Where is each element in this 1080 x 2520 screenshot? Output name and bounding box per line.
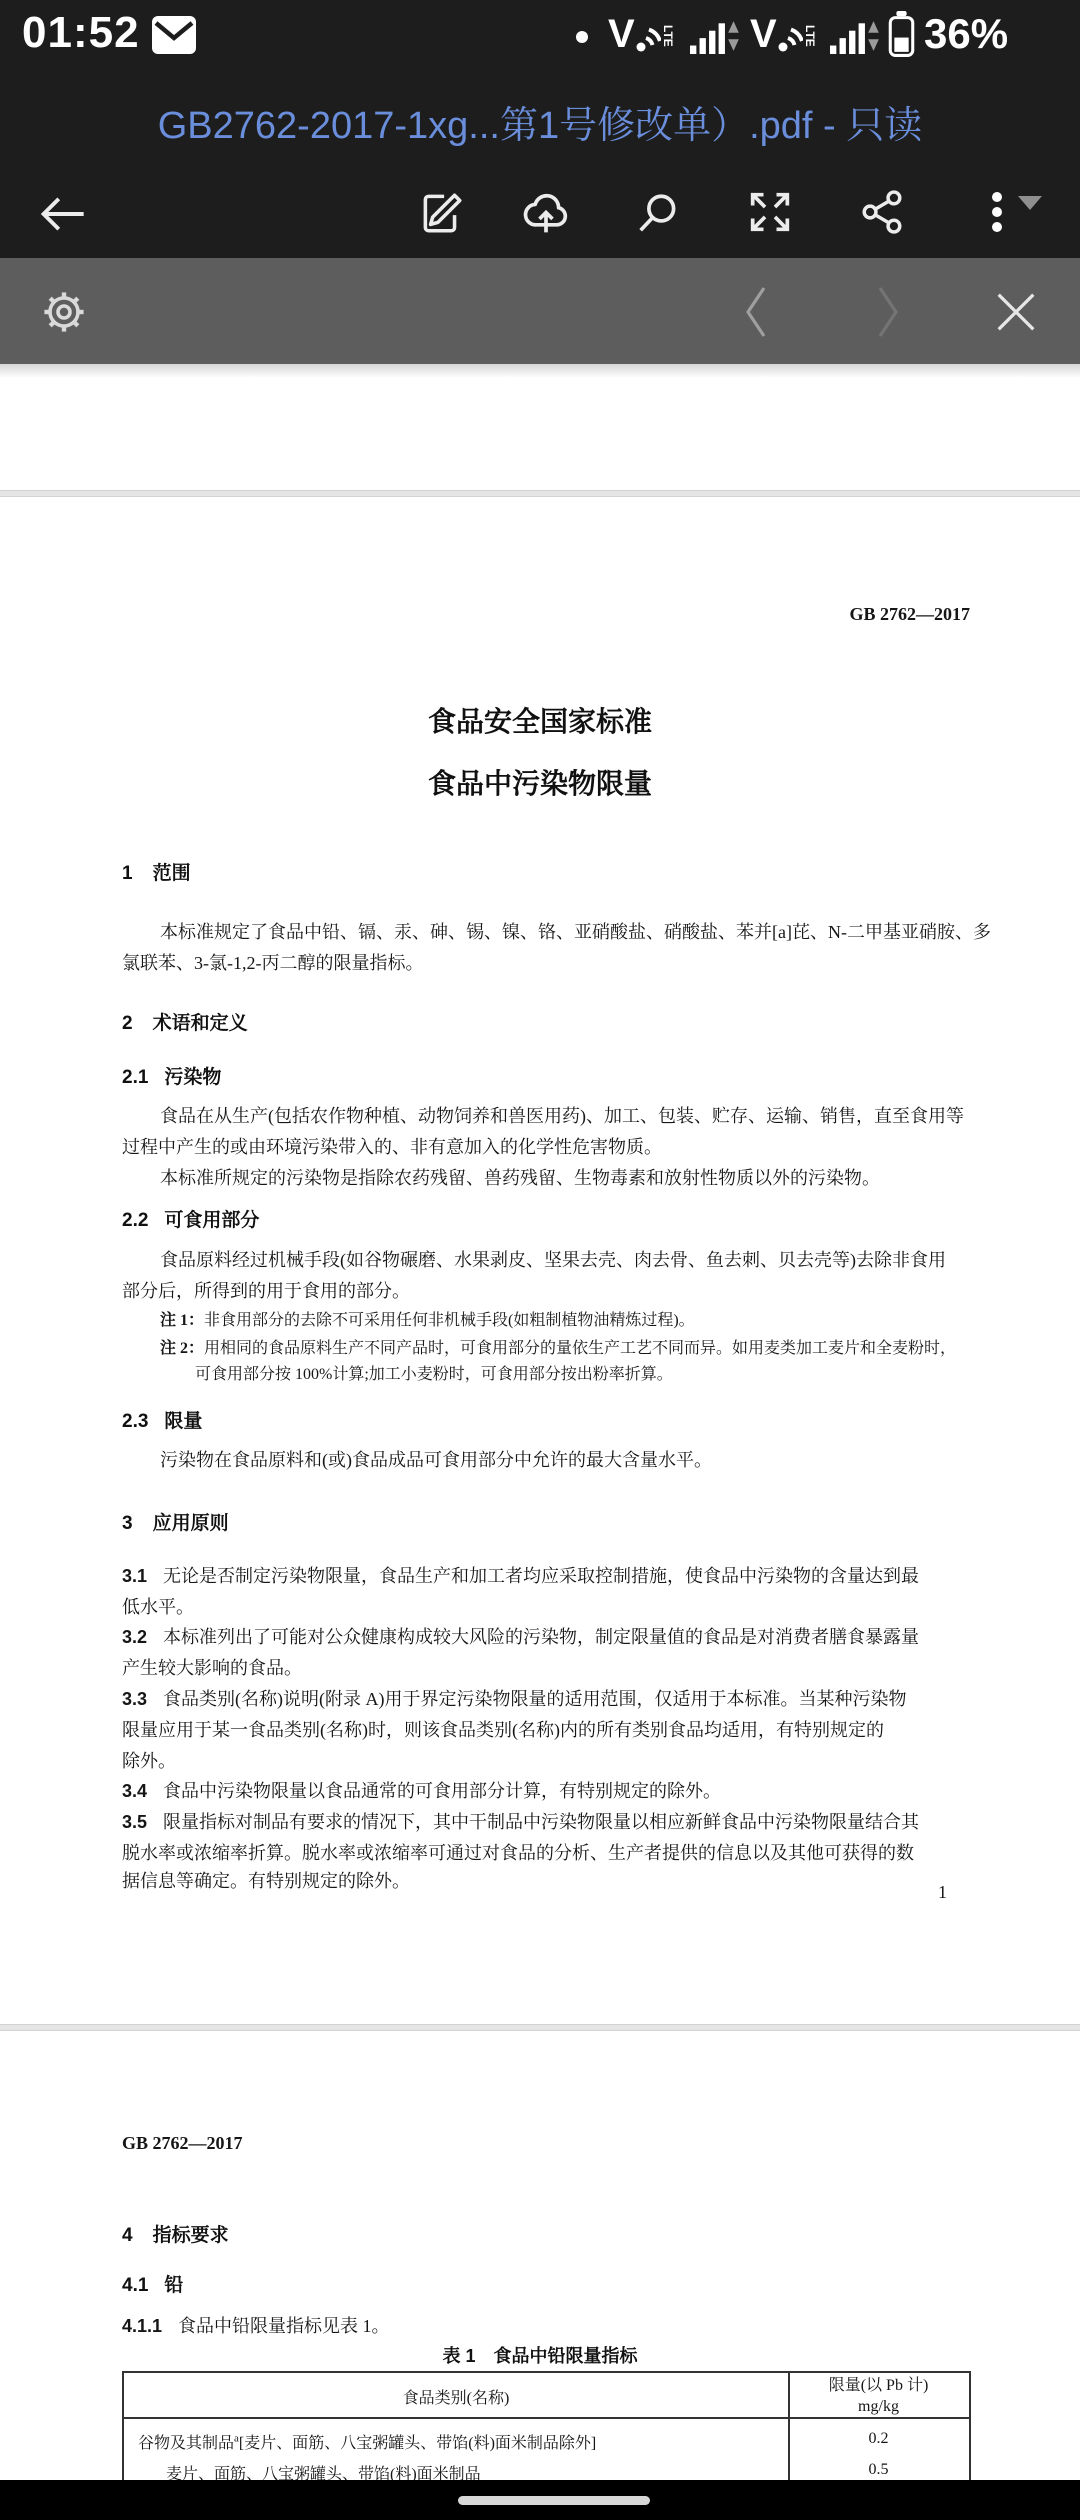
page-header-standard-number: GB 2762—2017 bbox=[122, 2133, 243, 2154]
doc-text-line: 氯联苯、3-氯-1,2-丙二醇的限量指标。 bbox=[122, 953, 423, 975]
doc-text-line: 除外。 bbox=[122, 1751, 176, 1773]
doc-text-line: 脱水率或浓缩率折算。脱水率或浓缩率可通过对食品的分析、生产者提供的信息以及其他可… bbox=[122, 1843, 914, 1865]
back-button[interactable] bbox=[36, 188, 88, 240]
section-heading: 3应用原则 bbox=[122, 1508, 229, 1535]
doc-text-line: 本标准所规定的污染物是指除农药残留、兽药残留、生物毒素和放射性物质以外的污染物。 bbox=[160, 1168, 880, 1190]
email-notification-icon bbox=[152, 16, 196, 54]
home-indicator[interactable] bbox=[458, 2496, 650, 2505]
close-find-bar-button[interactable] bbox=[990, 286, 1042, 338]
doc-text-line: 食品在从生产(包括农作物种植、动物饲养和兽医用药)、加工、包装、贮存、运输、销售… bbox=[160, 1106, 964, 1128]
phone-screen: 01:52 V LTE V bbox=[0, 0, 1080, 2520]
doc-text-line: 本标准规定了食品中铅、镉、汞、砷、锡、镍、铬、亚硝酸盐、硝酸盐、苯并[a]芘、N… bbox=[160, 922, 991, 944]
signal-bars-icon-sim1 bbox=[690, 18, 726, 54]
status-clock: 01:52 bbox=[22, 8, 140, 58]
battery-percent: 36% bbox=[924, 10, 1008, 58]
chevron-down-icon[interactable] bbox=[1018, 196, 1042, 210]
section-heading: 2.3限量 bbox=[122, 1406, 202, 1433]
doc-clause-line: 3.3食品类别(名称)说明(附录 A)用于界定污染物限量的适用范围，仅适用于本标… bbox=[122, 1689, 907, 1711]
standard-title: 食品安全国家标准 bbox=[0, 700, 1080, 740]
doc-text-line: 污染物在食品原料和(或)食品成品可食用部分中允许的最大含量水平。 bbox=[160, 1450, 712, 1472]
top-app-bar: 01:52 V LTE V bbox=[0, 0, 1080, 258]
page-separator bbox=[0, 490, 1080, 497]
doc-text-line: 食品原料经过机械手段(如谷物碾磨、水果剥皮、坚果去壳、肉去骨、鱼去刺、贝去壳等)… bbox=[160, 1250, 946, 1272]
page-separator bbox=[0, 2024, 1080, 2031]
section-heading: 1范围 bbox=[122, 858, 191, 885]
doc-note-line: 注 2：用相同的食品原料生产不同产品时，可食用部分的量依生产工艺不同而异。如用麦… bbox=[160, 1339, 956, 1358]
volte-icon-sim1: V LTE bbox=[608, 14, 675, 56]
cloud-upload-button[interactable] bbox=[520, 188, 572, 240]
search-settings-gear-button[interactable] bbox=[40, 288, 88, 336]
more-options-button[interactable] bbox=[973, 188, 1021, 236]
doc-clause-line: 3.5限量指标对制品有要求的情况下，其中干制品中污染物限量以相应新鲜食品中污染物… bbox=[122, 1812, 919, 1834]
limits-table: 食品类别(名称) 限量(以 Pb 计) mg/kg 谷物及其制品a[麦片、面筋、… bbox=[122, 2371, 971, 2481]
page-header-standard-number: GB 2762—2017 bbox=[849, 604, 970, 625]
doc-clause-line: 3.2本标准列出了可能对公众健康构成较大风险的污染物，制定限量值的食品是对消费者… bbox=[122, 1627, 919, 1649]
doc-clause-line: 4.1.1食品中铅限量指标见表 1。 bbox=[122, 2316, 390, 2338]
notification-dot-icon bbox=[576, 31, 588, 43]
pdf-viewport[interactable]: GB 2762—2017 食品安全国家标准 食品中污染物限量 1范围 本标准规定… bbox=[0, 364, 1080, 2480]
standard-subtitle: 食品中污染物限量 bbox=[0, 762, 1080, 802]
section-heading: 2术语和定义 bbox=[122, 1008, 248, 1035]
find-next-button[interactable] bbox=[872, 284, 904, 340]
data-activity-arrows-icon bbox=[728, 20, 739, 52]
doc-text-line: 限量应用于某一食品类别(名称)时，则该食品类别(名称)内的所有类别食品均适用，有… bbox=[122, 1720, 884, 1742]
table-header-category: 食品类别(名称) bbox=[124, 2373, 788, 2419]
table-cell-value: 0.5 bbox=[788, 2461, 969, 2479]
fullscreen-expand-button[interactable] bbox=[744, 186, 796, 238]
section-heading: 4指标要求 bbox=[122, 2220, 229, 2247]
toolbar-shadow bbox=[0, 364, 1080, 378]
doc-note-line: 注 1：非食用部分的去除不可采用任何非机械手段(如粗制植物油精炼过程)。 bbox=[160, 1311, 695, 1330]
page-number: 1 bbox=[938, 1882, 947, 1904]
doc-note-line: 可食用部分按 100%计算;加工小麦粉时，可食用部分按出粉率折算。 bbox=[195, 1365, 673, 1384]
doc-text-line: 过程中产生的或由环境污染带入的、非有意加入的化学性危害物质。 bbox=[122, 1137, 662, 1159]
find-previous-button[interactable] bbox=[740, 284, 772, 340]
doc-text-line: 据信息等确定。有特别规定的除外。 bbox=[122, 1871, 410, 1893]
volte-icon-sim2: V LTE bbox=[750, 14, 817, 56]
document-title: GB2762-2017-1xg...第1号修改单）.pdf - 只读 bbox=[0, 94, 1080, 149]
table-row: 谷物及其制品a[麦片、面筋、八宝粥罐头、带馅(料)面米制品除外] bbox=[138, 2430, 596, 2453]
section-heading: 2.1污染物 bbox=[122, 1062, 221, 1089]
doc-clause-line: 3.4食品中污染物限量以食品通常的可食用部分计算，有特别规定的除外。 bbox=[122, 1781, 721, 1803]
data-activity-arrows-icon bbox=[868, 20, 879, 52]
section-heading: 2.2可食用部分 bbox=[122, 1205, 259, 1232]
doc-clause-line: 3.1无论是否制定污染物限量，食品生产和加工者均应采取控制措施，使食品中污染物的… bbox=[122, 1566, 919, 1588]
search-button[interactable] bbox=[632, 188, 684, 240]
table-cell-value: 0.2 bbox=[788, 2430, 969, 2448]
doc-text-line: 低水平。 bbox=[122, 1597, 194, 1619]
find-bar: 三聚氰胺 0 bbox=[0, 258, 1080, 364]
battery-icon bbox=[888, 11, 915, 58]
section-heading: 4.1铅 bbox=[122, 2270, 183, 2297]
doc-text-line: 部分后，所得到的用于食用的部分。 bbox=[122, 1281, 410, 1303]
doc-text-line: 产生较大影响的食品。 bbox=[122, 1658, 302, 1680]
share-button[interactable] bbox=[856, 186, 908, 238]
table-caption: 表 1食品中铅限量指标 bbox=[0, 2342, 1080, 2368]
signal-bars-icon-sim2 bbox=[830, 18, 866, 54]
gesture-nav-bar bbox=[0, 2480, 1080, 2520]
edit-annotate-button[interactable] bbox=[416, 188, 466, 238]
table-header-limit: 限量(以 Pb 计) mg/kg bbox=[788, 2373, 969, 2419]
